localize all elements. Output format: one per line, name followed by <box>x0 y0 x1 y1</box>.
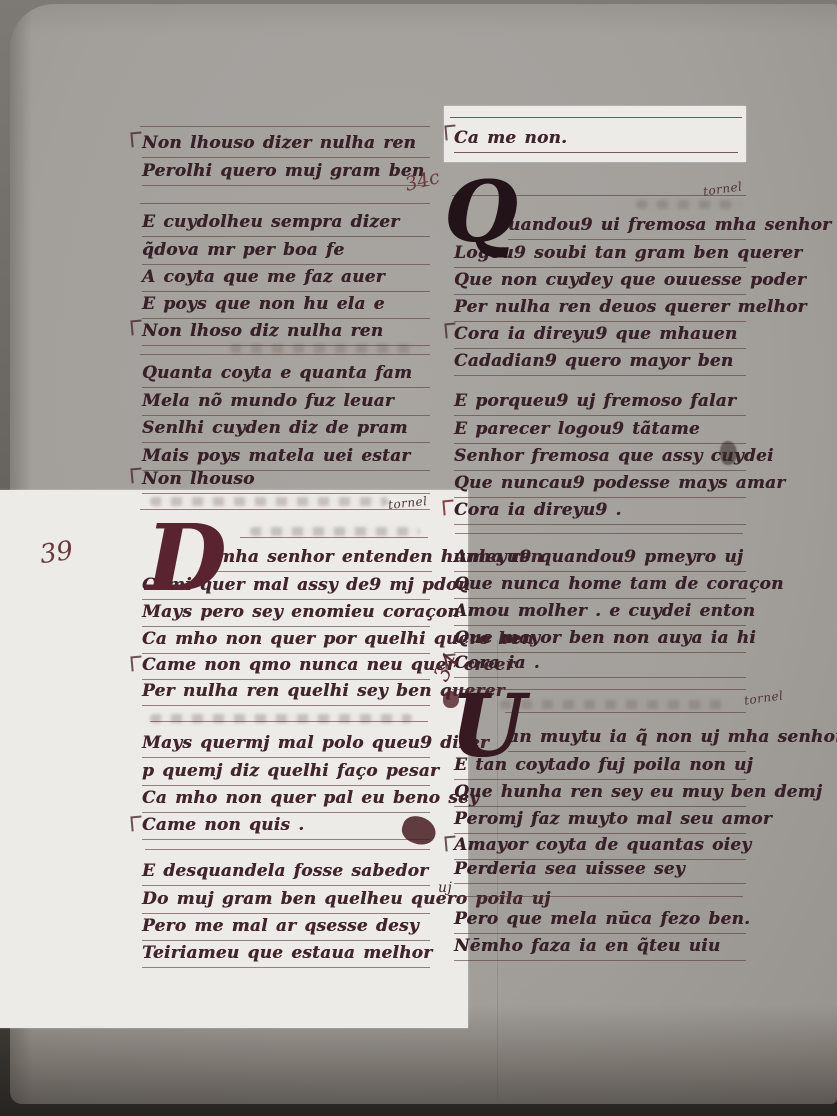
verse-line: E parecer logou9 tãtame <box>454 416 746 444</box>
paragraph-mark <box>444 125 456 141</box>
verse-line: Que non cuydey que ouuesse poder <box>454 267 746 295</box>
decorated-initial-D: D <box>146 512 226 604</box>
ruled-line <box>140 126 430 127</box>
bleedthrough-text <box>636 200 742 209</box>
verse-line: p quemj diz quelhi faço pesar <box>142 758 430 786</box>
bleedthrough-text <box>250 527 420 536</box>
verse-line: E desquandela fosse sabedor <box>142 858 430 886</box>
verse-line: emha senhor entenden hunha ren <box>206 544 432 572</box>
verse-line: Senhor fremosa que assy cuydei <box>454 443 746 471</box>
verse-line: Senlhi cuyden diz de pram <box>142 415 430 443</box>
verse-line: E poys que non hu ela e <box>142 291 430 319</box>
verse-line: Came non qmo nunca neu quer creer <box>142 652 430 680</box>
paragraph-mark <box>442 500 454 516</box>
verse-line: Per nulha ren quelhi sey ben querer <box>142 678 430 706</box>
verse-line: Non lhoso diz nulha ren <box>142 318 430 346</box>
verse-line: Que hunha ren sey eu muy ben demj <box>454 779 746 807</box>
paragraph-mark <box>130 132 142 148</box>
paragraph-mark <box>130 816 142 832</box>
ruled-line <box>150 721 428 722</box>
verse-line: uandou9 ui fremosa mha senhor <box>508 212 746 240</box>
verse-line: Mela nõ mundo fuz leuar <box>142 388 430 416</box>
verse-line: Ameyu9 quandou9 pmeyro uj <box>454 544 746 572</box>
paragraph-mark <box>444 836 456 852</box>
verse-line: Ca mho non quer pal eu beno sey <box>142 785 430 813</box>
verse-line: Pero que mela nūca fezo ben. <box>454 906 746 934</box>
verse-line: an muytu ia q̃ non uj mha senhor <box>508 724 746 752</box>
verse-line: Que nuncau9 podesse mays amar <box>454 470 746 498</box>
folio-number: 39 <box>38 536 75 570</box>
ruled-line <box>450 117 742 118</box>
ruled-line <box>240 537 428 538</box>
verse-line: Amou molher . e cuydei enton <box>454 598 746 626</box>
verse-line: E cuydolheu sempra dizer <box>142 209 430 237</box>
paragraph-mark <box>130 656 142 672</box>
verse-line: Teiriameu que estaua melhor <box>142 940 430 968</box>
ruled-line <box>455 533 743 534</box>
manuscript-photo: Non lhouso dizer nulha ren Perolhi quero… <box>0 0 837 1116</box>
paragraph-mark <box>444 323 456 339</box>
verse-line: E porqueu9 uj fremoso falar <box>454 388 746 416</box>
verse-line: Cora ia direyu9 . <box>454 497 746 525</box>
decorated-initial-U: U <box>450 684 525 770</box>
paragraph-mark <box>130 468 142 484</box>
ruled-line <box>145 849 430 850</box>
verse-line: Que nunca home tam de coraçon <box>454 571 746 599</box>
verse-line: Per nulha ren deuos querer melhor <box>454 294 746 322</box>
verse-line: Mays quermj mal polo queu9 dizer <box>142 730 430 758</box>
stain-spot <box>720 441 737 465</box>
ruled-line <box>455 896 743 897</box>
verse-line: A coyta que me faz auer <box>142 264 430 292</box>
verse-line: Do muj gram ben quelheu quero poila uj <box>142 886 430 914</box>
verse-line: Pero me mal ar qsesse desy <box>142 913 430 941</box>
verse-line: Ca mho non quer por quelhi quero ben <box>142 626 430 654</box>
verse-line: Non lhouso dizer nulha ren <box>142 130 430 158</box>
decorated-initial-Q: Q <box>444 170 517 254</box>
verse-line: Quanta coyta e quanta fam <box>142 360 430 388</box>
ruled-line <box>140 203 430 204</box>
ruled-line <box>505 712 746 713</box>
refrain-line: Ca me non. <box>454 125 738 153</box>
verse-line: Non lhouso <box>142 466 430 494</box>
bleedthrough-text <box>500 700 725 709</box>
verse-line: Came non quis . <box>142 812 430 840</box>
paragraph-mark <box>444 654 456 670</box>
verse-line: Perderia sea uissee sey <box>454 856 746 884</box>
ruled-line <box>140 354 430 355</box>
verse-line: Cora ia . <box>454 650 746 678</box>
verse-line: Perolhi quero muj gram ben <box>142 158 430 186</box>
verse-line: q̃dova mr per boa fe <box>142 237 430 265</box>
verse-line: Nēmho faza ia en q̃teu uiu <box>454 933 746 961</box>
verse-line: Cora ia direyu9 que mhauen <box>454 321 746 349</box>
verse-line: Que mayor ben non auya ia hi <box>454 625 746 653</box>
verse-line: Cadadian9 quero mayor ben <box>454 348 746 376</box>
verse-line: Peromj faz muyto mal seu amor <box>454 806 746 834</box>
paragraph-mark <box>130 320 142 336</box>
marginal-correction: uj <box>438 880 452 896</box>
